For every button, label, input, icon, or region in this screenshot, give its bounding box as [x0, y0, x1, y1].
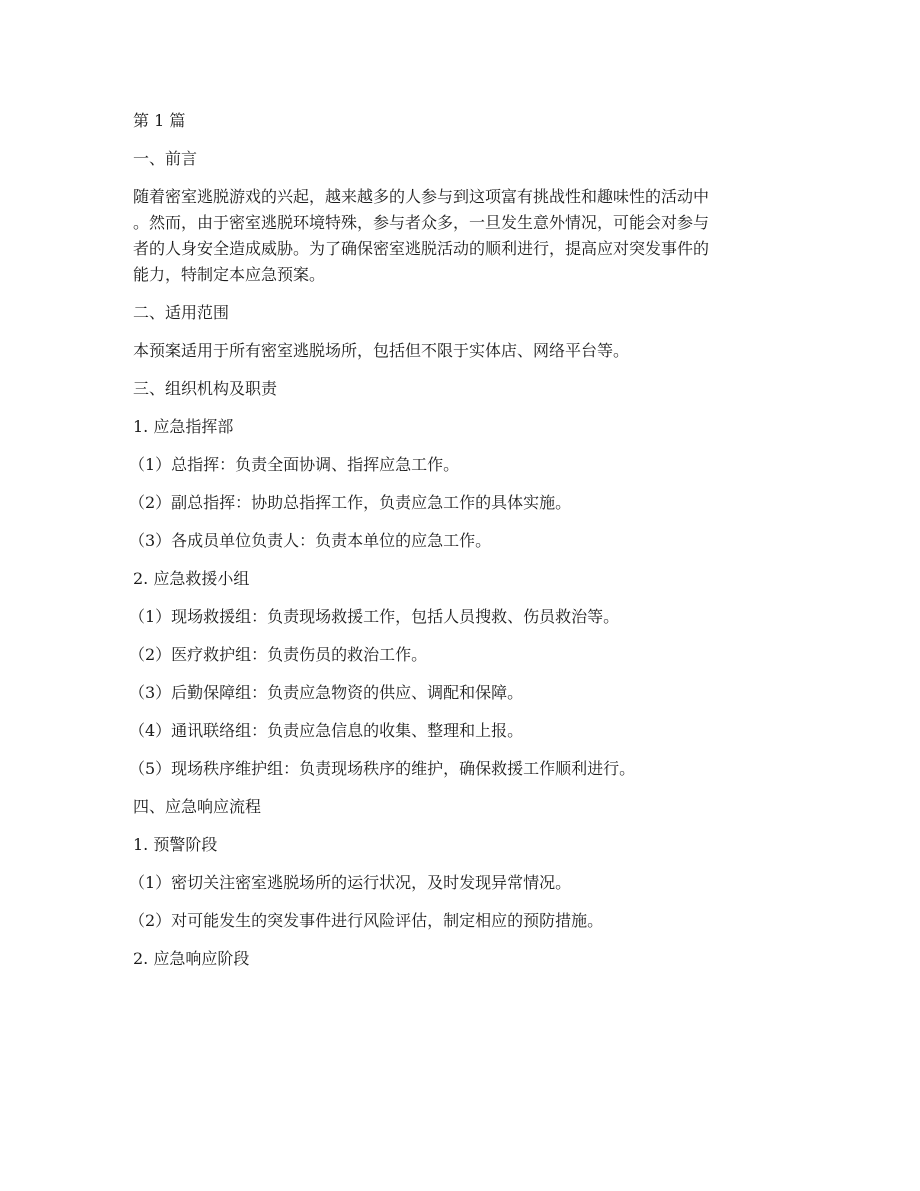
command-item-2: （2）副总指挥：协助总指挥工作，负责应急工作的具体实施。 — [129, 490, 788, 516]
subsection-heading-warning: 1. 预警阶段 — [133, 832, 788, 858]
subsection-heading-command: 1. 应急指挥部 — [133, 414, 788, 440]
preface-paragraph-line-3: 者的人身安全造成威胁。为了确保密室逃脱活动的顺利进行，提高应对突发事件的 — [133, 236, 788, 262]
scope-paragraph: 本预案适用于所有密室逃脱场所，包括但不限于实体店、网络平台等。 — [133, 338, 788, 364]
preface-paragraph-line-4: 能力，特制定本应急预案。 — [133, 262, 788, 288]
document-body: 第 1 篇 一、前言 随着密室逃脱游戏的兴起，越来越多的人参与到这项富有挑战性和… — [133, 108, 788, 972]
section-heading-preface: 一、前言 — [133, 146, 788, 172]
rescue-item-2: （2）医疗救护组：负责伤员的救治工作。 — [129, 642, 788, 668]
section-heading-scope: 二、适用范围 — [133, 300, 788, 326]
section-heading-response: 四、应急响应流程 — [133, 794, 788, 820]
chapter-title: 第 1 篇 — [133, 108, 788, 134]
rescue-item-5: （5）现场秩序维护组：负责现场秩序的维护，确保救援工作顺利进行。 — [129, 756, 788, 782]
preface-paragraph-line-2: 。然而，由于密室逃脱环境特殊，参与者众多，一旦发生意外情况，可能会对参与 — [133, 210, 788, 236]
preface-paragraph-line-1: 随着密室逃脱游戏的兴起，越来越多的人参与到这项富有挑战性和趣味性的活动中 — [133, 184, 788, 210]
subsection-heading-emergency-response: 2. 应急响应阶段 — [133, 946, 788, 972]
rescue-item-3: （3）后勤保障组：负责应急物资的供应、调配和保障。 — [129, 680, 788, 706]
rescue-item-4: （4）通讯联络组：负责应急信息的收集、整理和上报。 — [129, 718, 788, 744]
warning-item-2: （2）对可能发生的突发事件进行风险评估，制定相应的预防措施。 — [129, 908, 788, 934]
warning-item-1: （1）密切关注密室逃脱场所的运行状况，及时发现异常情况。 — [129, 870, 788, 896]
command-item-1: （1）总指挥：负责全面协调、指挥应急工作。 — [129, 452, 788, 478]
command-item-3: （3）各成员单位负责人：负责本单位的应急工作。 — [129, 528, 788, 554]
rescue-item-1: （1）现场救援组：负责现场救援工作，包括人员搜救、伤员救治等。 — [129, 604, 788, 630]
section-heading-organization: 三、组织机构及职责 — [133, 376, 788, 402]
document-page: 第 1 篇 一、前言 随着密室逃脱游戏的兴起，越来越多的人参与到这项富有挑战性和… — [0, 0, 920, 1191]
subsection-heading-rescue: 2. 应急救援小组 — [133, 566, 788, 592]
